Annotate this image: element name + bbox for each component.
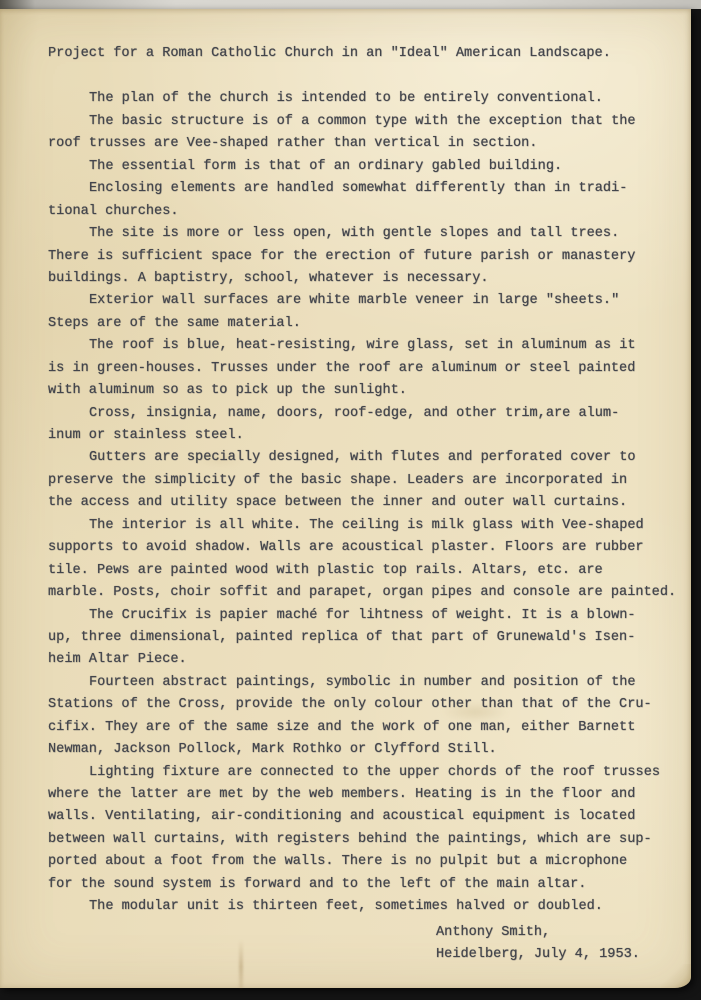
signature-place-date: Heidelberg, July 4, 1953.: [48, 944, 696, 966]
text-line: Newman, Jackson Pollock, Mark Rothko or …: [48, 739, 696, 761]
text-line: heim Altar Piece.: [48, 649, 696, 671]
text-line: ported about a foot from the walls. Ther…: [48, 851, 696, 873]
text-line: Stations of the Cross, provide the only …: [48, 694, 696, 716]
text-line: Lighting fixture are connected to the up…: [48, 762, 696, 784]
text-line: buildings. A baptistry, school, whatever…: [48, 268, 696, 290]
text-line: cifix. They are of the same size and the…: [48, 717, 696, 739]
scanned-document: Project for a Roman Catholic Church in a…: [0, 0, 701, 1000]
text-line: roof trusses are Vee-shaped rather than …: [48, 133, 696, 155]
text-line: The basic structure is of a common type …: [48, 111, 696, 133]
text-line: is in green-houses. Trusses under the ro…: [48, 358, 696, 380]
text-line: The roof is blue, heat-resisting, wire g…: [48, 335, 696, 357]
text-line: tional churches.: [48, 201, 696, 223]
text-line: The essential form is that of an ordinar…: [48, 156, 696, 178]
text-line: supports to avoid shadow. Walls are acou…: [48, 537, 696, 559]
document-body: The plan of the church is intended to be…: [48, 88, 696, 918]
document-title: Project for a Roman Catholic Church in a…: [48, 43, 696, 65]
text-line: Cross, insignia, name, doors, roof-edge,…: [48, 403, 696, 425]
text-line: Exterior wall surfaces are white marble …: [48, 290, 696, 312]
text-line: The interior is all white. The ceiling i…: [48, 515, 696, 537]
text-line: The site is more or less open, with gent…: [48, 223, 696, 245]
text-line: The plan of the church is intended to be…: [48, 88, 696, 110]
text-line: Gutters are specially designed, with flu…: [48, 447, 696, 469]
text-line: Enclosing elements are handled somewhat …: [48, 178, 696, 200]
text-line: Steps are of the same material.: [48, 313, 696, 335]
text-line: where the latter are met by the web memb…: [48, 784, 696, 806]
typed-text: Project for a Roman Catholic Church in a…: [48, 43, 696, 967]
text-line: The Crucifix is papier maché for lihtnes…: [48, 605, 696, 627]
text-line: with aluminum so as to pick up the sunli…: [48, 380, 696, 402]
text-line: between wall curtains, with registers be…: [48, 829, 696, 851]
text-line: up, three dimensional, painted replica o…: [48, 627, 696, 649]
signature-block: Anthony Smith, Heidelberg, July 4, 1953.: [48, 922, 696, 967]
text-line: Fourteen abstract paintings, symbolic in…: [48, 672, 696, 694]
text-line: the access and utility space between the…: [48, 492, 696, 514]
text-line: There is sufficient space for the erecti…: [48, 246, 696, 268]
text-line: The modular unit is thirteen feet, somet…: [48, 896, 696, 918]
text-line: tile. Pews are painted wood with plastic…: [48, 560, 696, 582]
text-line: preserve the simplicity of the basic sha…: [48, 470, 696, 492]
text-line: inum or stainless steel.: [48, 425, 696, 447]
corner-fold: [661, 964, 691, 988]
signature-name: Anthony Smith,: [48, 922, 696, 944]
text-line: for the sound system is forward and to t…: [48, 874, 696, 896]
scan-edge-top: [0, 0, 701, 9]
text-line: walls. Ventilating, air-conditioning and…: [48, 806, 696, 828]
text-line: marble. Posts, choir soffit and parapet,…: [48, 582, 696, 604]
paper-sheet: Project for a Roman Catholic Church in a…: [0, 9, 691, 988]
